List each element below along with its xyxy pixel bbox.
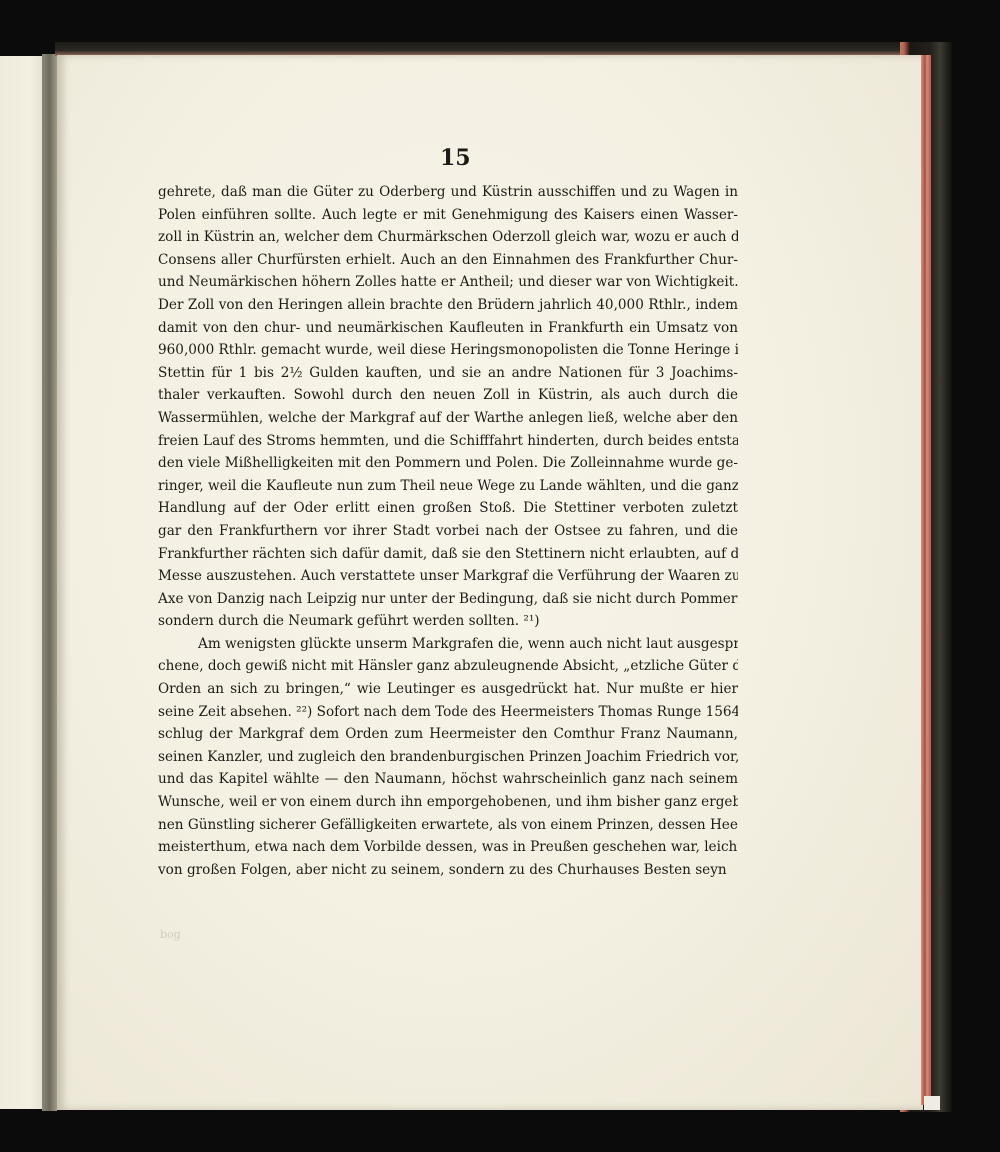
text-line: ringer, weil die Kaufleute nun zum Theil… [158,475,738,498]
book-gutter [42,54,57,1111]
paragraph: Am wenigsten glückte unserm Markgrafen d… [158,633,738,882]
text-line: Handlung auf der Oder erlitt einen große… [158,497,738,520]
text-line: Polen einführen sollte. Auch legte er mi… [158,204,738,227]
bleed-through-text: bog [160,928,181,941]
text-line: schlug der Markgraf dem Orden zum Heerme… [158,723,738,746]
text-line: chene, doch gewiß nicht mit Hänsler ganz… [158,655,738,678]
paragraph: gehrete, daß man die Güter zu Oderberg u… [158,181,738,633]
text-line: gehrete, daß man die Güter zu Oderberg u… [158,181,738,204]
book-cover-top-edge [55,42,950,56]
text-line: sondern durch die Neumark geführt werden… [158,610,738,633]
text-line: gar den Frankfurthern vor ihrer Stadt vo… [158,520,738,543]
book-scan: 15 gehrete, daß man die Güter zu Oderber… [0,0,1000,1152]
text-line: damit von den chur- und neumärkischen Ka… [158,317,738,340]
text-line: von großen Folgen, aber nicht zu seinem,… [158,859,738,882]
text-line: Axe von Danzig nach Leipzig nur unter de… [158,588,738,611]
red-page-edges [921,55,931,1105]
text-line: Consens aller Churfürsten erhielt. Auch … [158,249,738,272]
page-number: 15 [440,145,470,171]
text-line: den viele Mißhelligkeiten mit den Pommer… [158,452,738,475]
text-line: Wassermühlen, welche der Markgraf auf de… [158,407,738,430]
text-line: Messe auszustehen. Auch verstattete unse… [158,565,738,588]
text-line: Der Zoll von den Heringen allein brachte… [158,294,738,317]
text-line: nen Günstling sicherer Gefälligkeiten er… [158,814,738,837]
text-line: seinen Kanzler, und zugleich den branden… [158,746,738,769]
text-line: 960,000 Rthlr. gemacht wurde, weil diese… [158,339,738,362]
text-line: seine Zeit absehen. ²²) Sofort nach dem … [158,701,738,724]
text-line: freien Lauf des Stroms hemmten, und die … [158,430,738,453]
text-line: und das Kapitel wählte — den Naumann, hö… [158,768,738,791]
text-line: Orden an sich zu bringen,“ wie Leutinger… [158,678,738,701]
text-line: thaler verkauften. Sowohl durch den neue… [158,384,738,407]
text-line: und Neumärkischen höhern Zolles hatte er… [158,271,738,294]
left-page-edge [0,56,42,1109]
text-line: Stettin für 1 bis 2½ Gulden kauften, und… [158,362,738,385]
body-text: gehrete, daß man die Güter zu Oderberg u… [158,181,738,881]
text-line: zoll in Küstrin an, welcher dem Churmärk… [158,226,738,249]
text-line: Am wenigsten glückte unserm Markgrafen d… [158,633,738,656]
text-line: Wunsche, weil er von einem durch ihn emp… [158,791,738,814]
page-corner-tab [924,1096,940,1110]
text-line: meisterthum, etwa nach dem Vorbilde dess… [158,836,738,859]
text-line: Frankfurther rächten sich dafür damit, d… [158,543,738,566]
